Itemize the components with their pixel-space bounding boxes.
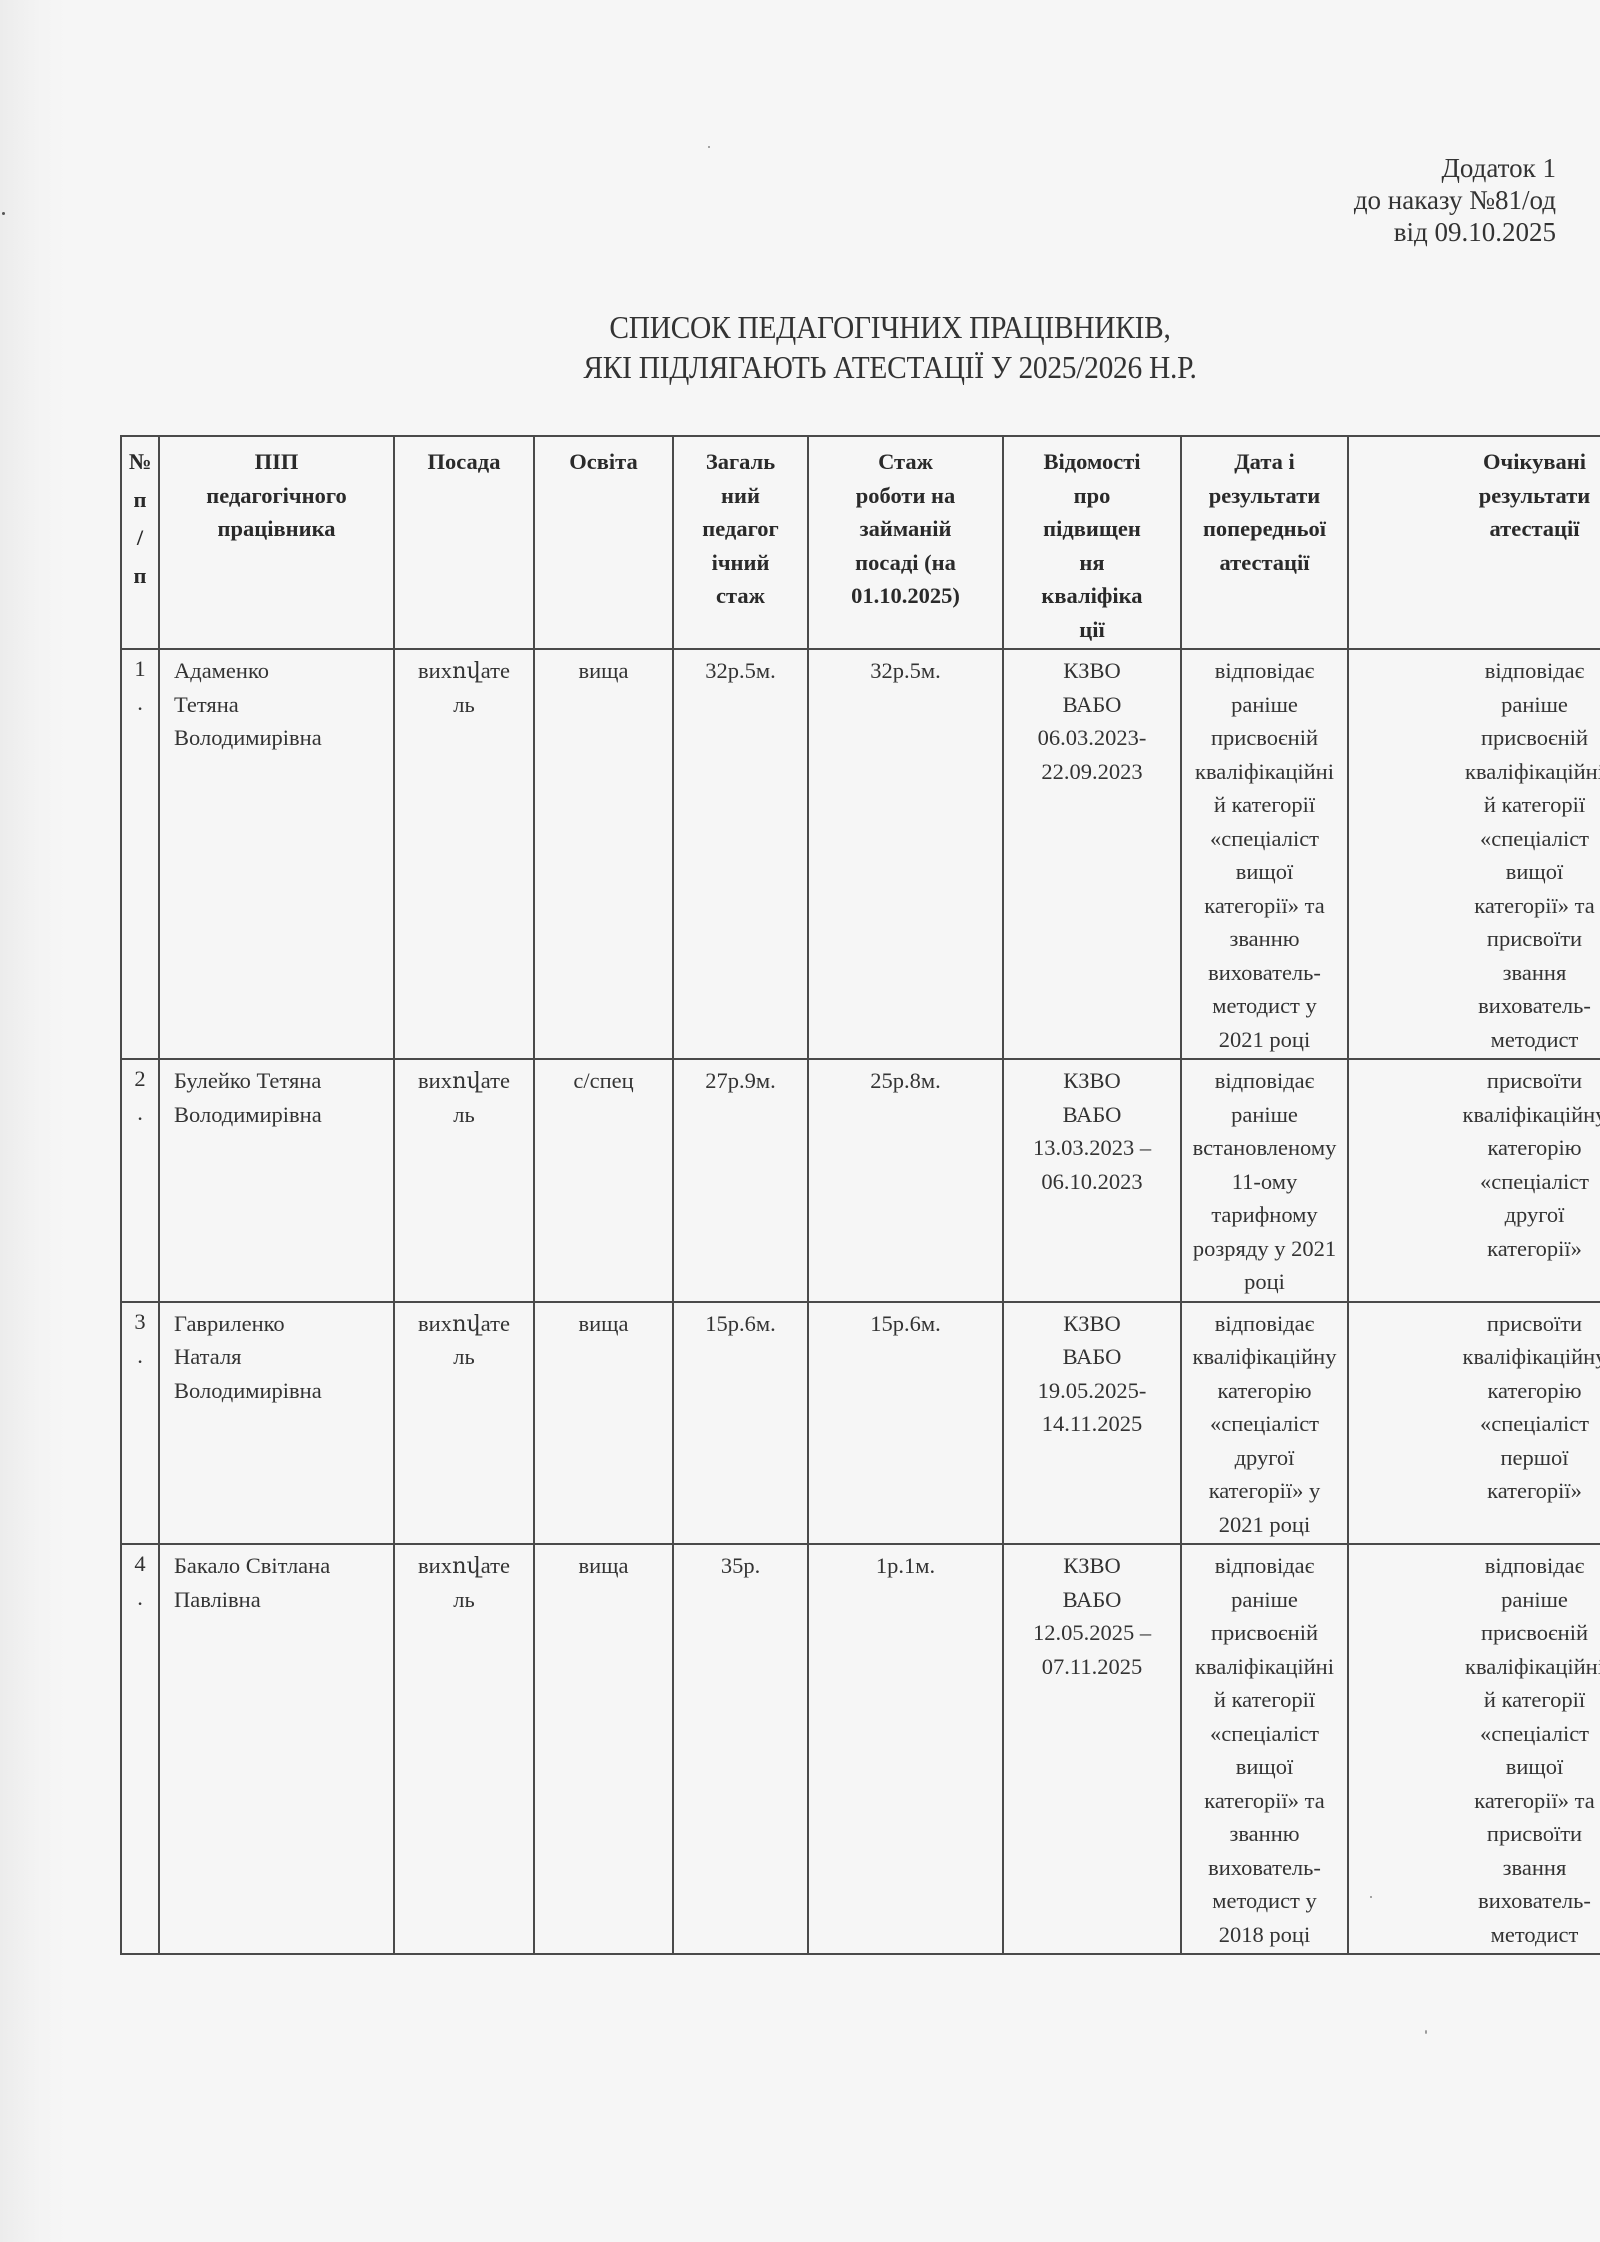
table-row: 1.АдаменкоТетянаВолодимирівнавихովательв… — [121, 649, 1600, 1059]
cell-line: категорії» — [1354, 1232, 1600, 1266]
title-line-1: СПИСОК ПЕДАГОГІЧНИХ ПРАЦІВНИКІВ, — [71, 307, 1600, 347]
cell-line: «спеціаліст — [1354, 1165, 1600, 1199]
cell-line: 1р.1м. — [814, 1549, 997, 1583]
cell-line: категорії» та — [1187, 889, 1342, 923]
cell-line: категорії» — [1354, 1474, 1600, 1508]
cell-qualification-upgrade: КЗВОВАБО06.03.2023-22.09.2023 — [1003, 649, 1181, 1059]
cell-line: вихователь- — [1354, 1884, 1600, 1918]
cell-line: КЗВО — [1009, 654, 1175, 688]
attestation-table: №п/пПІПпедагогічногопрацівникаПосадаОсві… — [120, 435, 1600, 1955]
cell-line: званню — [1187, 922, 1342, 956]
cell-line: 32р.5м. — [679, 654, 802, 688]
cell-previous-attestation: відповідаєкваліфікаційнукатегорію«спеціа… — [1181, 1302, 1348, 1545]
cell-line: Очікувані — [1354, 445, 1600, 479]
cell-line: результати — [1354, 479, 1600, 513]
cell-line: категорію — [1354, 1131, 1600, 1165]
column-header-total-experience: Загальнийпедагогічнийстаж — [673, 436, 808, 649]
cell-line: присвоїти — [1354, 1307, 1600, 1341]
cell-line: 06.10.2023 — [1009, 1165, 1175, 1199]
cell-line: й категорії — [1187, 788, 1342, 822]
cell-line: 4 — [122, 1547, 158, 1581]
cell-line: Стаж — [814, 445, 997, 479]
cell-line: ний — [679, 479, 802, 513]
cell-line: присвоєній — [1187, 1616, 1342, 1650]
cell-line: «спеціаліст — [1187, 822, 1342, 856]
cell-line: вихователь- — [1187, 1851, 1342, 1885]
column-header-expected-results: Очікуванірезультатиатестації — [1348, 436, 1600, 649]
cell-line: . — [122, 1339, 158, 1373]
cell-line: п — [122, 557, 158, 595]
cell-line: КЗВО — [1009, 1307, 1175, 1341]
cell-line: відповідає — [1187, 1549, 1342, 1583]
cell-line: категорію — [1187, 1374, 1342, 1408]
cell-line: 15р.6м. — [814, 1307, 997, 1341]
cell-name: Бакало СвітланаПавлівна — [159, 1544, 394, 1954]
cell-line: Павлівна — [174, 1583, 388, 1617]
cell-expected-results: відповідаєранішеприсвоєнійкваліфікаційні… — [1348, 1544, 1600, 1954]
cell-line: вища — [540, 654, 667, 688]
cell-line: 13.03.2023 – — [1009, 1131, 1175, 1165]
cell-line: Тетяна — [174, 688, 388, 722]
cell-line: вихователь- — [1354, 989, 1600, 1023]
cell-line: вихովате — [400, 1064, 528, 1098]
cell-line: встановленому — [1187, 1131, 1342, 1165]
cell-line: кваліфікаційну — [1187, 1340, 1342, 1374]
cell-line: педагог — [679, 512, 802, 546]
column-header-position-experience: Стажроботи назайманійпосаді (на01.10.202… — [808, 436, 1003, 649]
cell-line: вища — [540, 1307, 667, 1341]
cell-line: п — [122, 481, 158, 519]
cell-line: відповідає — [1354, 654, 1600, 688]
cell-line: 3 — [122, 1305, 158, 1339]
cell-line: «спеціаліст — [1187, 1407, 1342, 1441]
order-number: до наказу №81/од — [1354, 184, 1556, 216]
cell-position-experience: 1р.1м. — [808, 1544, 1003, 1954]
annex-label: Додаток 1 — [1354, 152, 1556, 184]
cell-line: раніше — [1187, 1583, 1342, 1617]
document-title: СПИСОК ПЕДАГОГІЧНИХ ПРАЦІВНИКІВ, ЯКІ ПІД… — [0, 307, 1600, 387]
cell-line: звання — [1354, 956, 1600, 990]
cell-line: раніше — [1354, 1583, 1600, 1617]
cell-line: ль — [400, 1098, 528, 1132]
cell-line: 22.09.2023 — [1009, 755, 1175, 789]
cell-line: 01.10.2025) — [814, 579, 997, 613]
cell-line: присвоєній — [1187, 721, 1342, 755]
cell-position: вихովатель — [394, 1544, 534, 1954]
cell-line: 07.11.2025 — [1009, 1650, 1175, 1684]
cell-line: кваліфікаційні — [1354, 1650, 1600, 1684]
cell-line: підвищен — [1009, 512, 1175, 546]
cell-name: АдаменкоТетянаВолодимирівна — [159, 649, 394, 1059]
cell-line: 06.03.2023- — [1009, 721, 1175, 755]
cell-line: категорію — [1354, 1374, 1600, 1408]
cell-line: методист у — [1187, 1884, 1342, 1918]
cell-total-experience: 32р.5м. — [673, 649, 808, 1059]
cell-qualification-upgrade: КЗВОВАБО19.05.2025-14.11.2025 — [1003, 1302, 1181, 1545]
cell-line: КЗВО — [1009, 1549, 1175, 1583]
cell-position: вихովатель — [394, 1059, 534, 1302]
cell-line: Володимирівна — [174, 1098, 388, 1132]
cell-line: вихովате — [400, 1549, 528, 1583]
cell-line: вищої — [1354, 1750, 1600, 1784]
cell-line: Гавриленко — [174, 1307, 388, 1341]
cell-line: ВАБО — [1009, 688, 1175, 722]
cell-line: присвоєній — [1354, 1616, 1600, 1650]
cell-line: ічний — [679, 546, 802, 580]
cell-num: 4. — [121, 1544, 159, 1954]
cell-line: й категорії — [1187, 1683, 1342, 1717]
cell-line: 19.05.2025- — [1009, 1374, 1175, 1408]
cell-line: присвоїти — [1354, 1817, 1600, 1851]
cell-line: методист — [1354, 1918, 1600, 1952]
cell-position-experience: 25р.8м. — [808, 1059, 1003, 1302]
cell-line: категорії» та — [1354, 889, 1600, 923]
cell-line: ВАБО — [1009, 1340, 1175, 1374]
cell-expected-results: присвоїтикваліфікаційнукатегорію«спеціал… — [1348, 1302, 1600, 1545]
cell-line: Володимирівна — [174, 721, 388, 755]
cell-line: й категорії — [1354, 1683, 1600, 1717]
cell-line: Освіта — [540, 445, 667, 479]
cell-line: вищої — [1354, 855, 1600, 889]
column-header-previous-attestation: Дата ірезультатипопередньоїатестації — [1181, 436, 1348, 649]
cell-line: «спеціаліст — [1354, 1407, 1600, 1441]
cell-line: про — [1009, 479, 1175, 513]
cell-line: ль — [400, 688, 528, 722]
cell-qualification-upgrade: КЗВОВАБО12.05.2025 –07.11.2025 — [1003, 1544, 1181, 1954]
cell-line: 2021 році — [1187, 1023, 1342, 1057]
cell-line: Адаменко — [174, 654, 388, 688]
cell-line: методист — [1354, 1023, 1600, 1057]
cell-line: попередньої — [1187, 512, 1342, 546]
cell-line: ль — [400, 1340, 528, 1374]
cell-previous-attestation: відповідаєранішевстановленому11-омутариф… — [1181, 1059, 1348, 1302]
annex-reference: Додаток 1 до наказу №81/од від 09.10.202… — [1354, 152, 1556, 248]
cell-expected-results: відповідаєранішеприсвоєнійкваліфікаційні… — [1348, 649, 1600, 1059]
cell-line: 25р.8м. — [814, 1064, 997, 1098]
cell-line: вища — [540, 1549, 667, 1583]
cell-line: Володимирівна — [174, 1374, 388, 1408]
cell-line: вихովате — [400, 654, 528, 688]
cell-line: працівника — [165, 512, 388, 546]
cell-line: відповідає — [1187, 1064, 1342, 1098]
cell-name: Булейко ТетянаВолодимирівна — [159, 1059, 394, 1302]
cell-line: звання — [1354, 1851, 1600, 1885]
cell-line: результати — [1187, 479, 1342, 513]
cell-line: вищої — [1187, 855, 1342, 889]
cell-line: 27р.9м. — [679, 1064, 802, 1098]
cell-line: № — [122, 443, 158, 481]
cell-line: раніше — [1187, 688, 1342, 722]
scan-speck — [708, 146, 710, 148]
cell-line: 15р.6м. — [679, 1307, 802, 1341]
cell-total-experience: 15р.6м. — [673, 1302, 808, 1545]
cell-line: / — [122, 519, 158, 557]
cell-num: 2. — [121, 1059, 159, 1302]
title-line-2: ЯКІ ПІДЛЯГАЮТЬ АТЕСТАЦІЇ У 2025/2026 Н.Р… — [71, 347, 1600, 387]
cell-line: 1 — [122, 652, 158, 686]
cell-line: с/спец — [540, 1064, 667, 1098]
cell-position: вихովатель — [394, 1302, 534, 1545]
table-row: 3.ГавриленкоНаталяВолодимирівнавихովател… — [121, 1302, 1600, 1545]
cell-line: другої — [1187, 1441, 1342, 1475]
cell-line: стаж — [679, 579, 802, 613]
table-header-row: №п/пПІПпедагогічногопрацівникаПосадаОсві… — [121, 436, 1600, 649]
cell-line: кваліфікаційну — [1354, 1340, 1600, 1374]
cell-education: вища — [534, 1302, 673, 1545]
cell-line: «спеціаліст — [1354, 1717, 1600, 1751]
cell-expected-results: присвоїтикваліфікаційнукатегорію«спеціал… — [1348, 1059, 1600, 1302]
cell-line: першої — [1354, 1441, 1600, 1475]
cell-line: присвоїти — [1354, 922, 1600, 956]
cell-line: Бакало Світлана — [174, 1549, 388, 1583]
cell-line: 2018 році — [1187, 1918, 1342, 1952]
cell-previous-attestation: відповідаєранішеприсвоєнійкваліфікаційні… — [1181, 649, 1348, 1059]
cell-line: відповідає — [1187, 1307, 1342, 1341]
cell-education: вища — [534, 649, 673, 1059]
cell-line: присвоєній — [1354, 721, 1600, 755]
cell-line: . — [122, 1096, 158, 1130]
cell-line: ВАБО — [1009, 1583, 1175, 1617]
cell-line: Наталя — [174, 1340, 388, 1374]
cell-line: Загаль — [679, 445, 802, 479]
cell-line: другої — [1354, 1198, 1600, 1232]
cell-line: ВАБО — [1009, 1098, 1175, 1132]
cell-line: «спеціаліст — [1187, 1717, 1342, 1751]
cell-line: 14.11.2025 — [1009, 1407, 1175, 1441]
column-header-education: Освіта — [534, 436, 673, 649]
cell-line: раніше — [1187, 1098, 1342, 1132]
cell-line: Булейко Тетяна — [174, 1064, 388, 1098]
cell-qualification-upgrade: КЗВОВАБО13.03.2023 –06.10.2023 — [1003, 1059, 1181, 1302]
cell-line: ПІП — [165, 445, 388, 479]
cell-line: вихովате — [400, 1307, 528, 1341]
cell-line: категорії» у — [1187, 1474, 1342, 1508]
cell-line: кваліфіка — [1009, 579, 1175, 613]
cell-line: Посада — [400, 445, 528, 479]
cell-line: 2021 році — [1187, 1508, 1342, 1542]
cell-line: ції — [1009, 613, 1175, 647]
order-date: від 09.10.2025 — [1354, 216, 1556, 248]
cell-line: вихователь- — [1187, 956, 1342, 990]
cell-education: вища — [534, 1544, 673, 1954]
cell-line: році — [1187, 1265, 1342, 1299]
cell-line: раніше — [1354, 688, 1600, 722]
cell-line: «спеціаліст — [1354, 822, 1600, 856]
cell-line: й категорії — [1354, 788, 1600, 822]
cell-line: КЗВО — [1009, 1064, 1175, 1098]
cell-line: Дата і — [1187, 445, 1342, 479]
cell-line: кваліфікаційні — [1187, 1650, 1342, 1684]
cell-line: вищої — [1187, 1750, 1342, 1784]
cell-line: 35р. — [679, 1549, 802, 1583]
cell-line: кваліфікаційні — [1187, 755, 1342, 789]
column-header-qualification-upgrade: Відомостіпропідвищеннякваліфікації — [1003, 436, 1181, 649]
cell-position-experience: 32р.5м. — [808, 649, 1003, 1059]
cell-position: вихովатель — [394, 649, 534, 1059]
table-row: 4.Бакало СвітланаПавлівнавихովательвища3… — [121, 1544, 1600, 1954]
scan-speck — [2, 212, 5, 215]
cell-line: Відомості — [1009, 445, 1175, 479]
cell-line: 32р.5м. — [814, 654, 997, 688]
column-header-position: Посада — [394, 436, 534, 649]
cell-line: атестації — [1354, 512, 1600, 546]
cell-line: відповідає — [1187, 654, 1342, 688]
column-header-name: ПІПпедагогічногопрацівника — [159, 436, 394, 649]
column-header-num: №п/п — [121, 436, 159, 649]
scan-speck — [1425, 2030, 1427, 2034]
table-row: 2.Булейко ТетянаВолодимирівнавихովательс… — [121, 1059, 1600, 1302]
cell-line: атестації — [1187, 546, 1342, 580]
cell-num: 3. — [121, 1302, 159, 1545]
cell-line: відповідає — [1354, 1549, 1600, 1583]
cell-name: ГавриленкоНаталяВолодимирівна — [159, 1302, 394, 1545]
cell-line: званню — [1187, 1817, 1342, 1851]
cell-line: 12.05.2025 – — [1009, 1616, 1175, 1650]
cell-total-experience: 35р. — [673, 1544, 808, 1954]
cell-total-experience: 27р.9м. — [673, 1059, 808, 1302]
cell-position-experience: 15р.6м. — [808, 1302, 1003, 1545]
cell-line: 11-ому — [1187, 1165, 1342, 1199]
cell-line: . — [122, 1581, 158, 1615]
cell-line: категорії» та — [1354, 1784, 1600, 1818]
cell-line: займаній — [814, 512, 997, 546]
cell-line: ня — [1009, 546, 1175, 580]
cell-line: . — [122, 686, 158, 720]
cell-line: кваліфікаційну — [1354, 1098, 1600, 1132]
cell-line: методист у — [1187, 989, 1342, 1023]
cell-line: роботи на — [814, 479, 997, 513]
cell-line: 2 — [122, 1062, 158, 1096]
cell-line: тарифному — [1187, 1198, 1342, 1232]
cell-line: педагогічного — [165, 479, 388, 513]
cell-line: кваліфікаційні — [1354, 755, 1600, 789]
cell-line: присвоїти — [1354, 1064, 1600, 1098]
cell-line: розряду у 2021 — [1187, 1232, 1342, 1266]
cell-education: с/спец — [534, 1059, 673, 1302]
cell-previous-attestation: відповідаєранішеприсвоєнійкваліфікаційні… — [1181, 1544, 1348, 1954]
table-body: 1.АдаменкоТетянаВолодимирівнавихովательв… — [121, 649, 1600, 1954]
cell-line: ль — [400, 1583, 528, 1617]
cell-line: посаді (на — [814, 546, 997, 580]
cell-num: 1. — [121, 649, 159, 1059]
cell-line: категорії» та — [1187, 1784, 1342, 1818]
